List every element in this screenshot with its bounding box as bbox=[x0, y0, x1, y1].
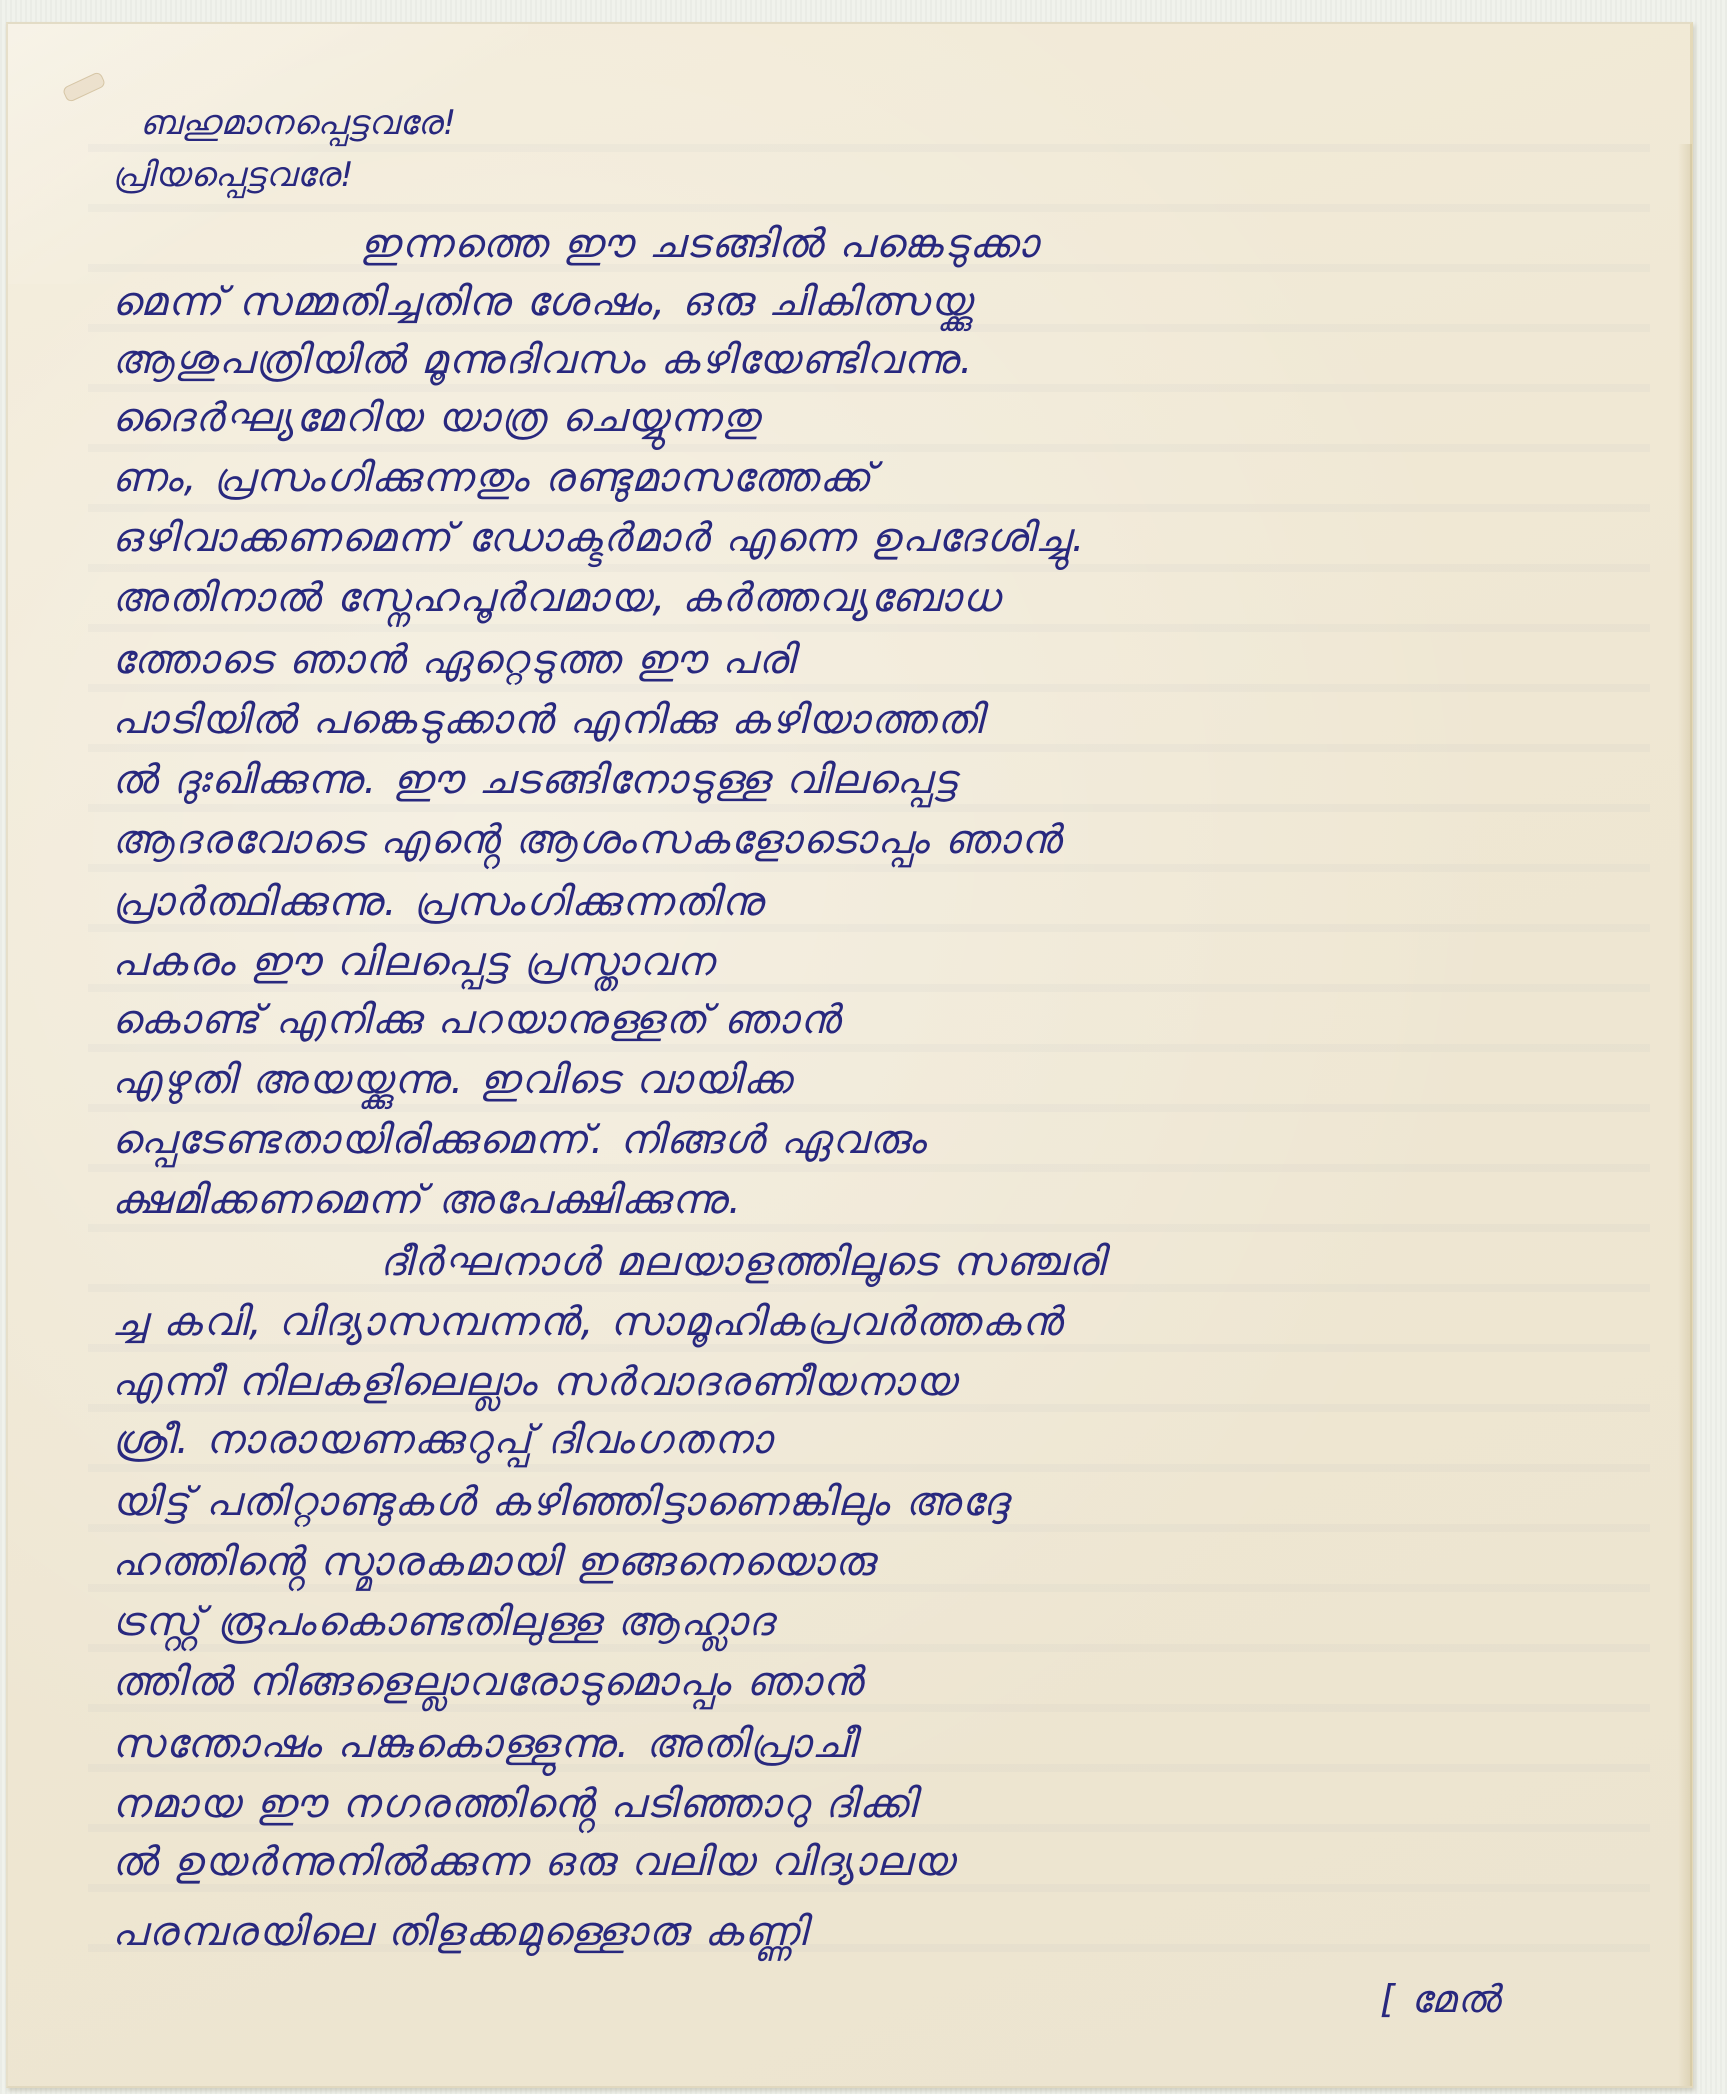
body-line: ദീർഘനാൾ മലയാളത്തിലൂടെ സഞ്ചരി bbox=[380, 1242, 1106, 1282]
body-line: ശ്രീ. നാരായണക്കുറുപ്പ് ദിവംഗതനാ bbox=[112, 1420, 773, 1460]
body-line: ത്തോടെ ഞാൻ ഏറ്റെടുത്ത ഈ പരി bbox=[112, 640, 796, 680]
body-line: യിട്ട് പതിറ്റാണ്ടുകൾ കഴിഞ്ഞിട്ടാണെങ്കിലു… bbox=[112, 1482, 1010, 1522]
body-line: ആദരവോടെ എൻ്റെ ആശംസകളോടൊപ്പം ഞാൻ bbox=[112, 820, 1062, 860]
body-line: നമായ ഈ നഗരത്തിൻ്റെ പടിഞ്ഞാറു ദിക്കി bbox=[112, 1784, 917, 1824]
body-line: ഒഴിവാക്കണമെന്ന് ഡോക്ടർമാർ എന്നെ ഉപദേശിച്… bbox=[112, 518, 1086, 558]
body-line: പാടിയിൽ പങ്കെടുക്കാൻ എനിക്കു കഴിയാത്തതി bbox=[112, 700, 984, 740]
body-line: മെന്ന് സമ്മതിച്ചതിനു ശേഷം, ഒരു ചികിത്സയ്… bbox=[112, 282, 973, 322]
body-line: കൊണ്ട് എനിക്കു പറയാനുള്ളത് ഞാൻ bbox=[112, 1000, 841, 1040]
body-line: ഹത്തിൻ്റെ സ്മാരകമായി ഇങ്ങനെയൊരു bbox=[112, 1542, 876, 1582]
body-line: ച്ച കവി, വിദ്യാസമ്പന്നൻ, സാമൂഹികപ്രവർത്ത… bbox=[112, 1302, 1063, 1342]
body-line: ക്ഷമിക്കണമെന്ന് അപേക്ഷിക്കുന്നു. bbox=[112, 1180, 743, 1220]
body-line: ട്രസ്റ്റ് രൂപംകൊണ്ടതിലുള്ള ആഹ്ലാദ bbox=[112, 1602, 775, 1642]
salutation-line-2: പ്രിയപ്പെട്ടവരേ! bbox=[112, 158, 355, 192]
body-line: സന്തോഷം പങ്കുകൊള്ളുന്നു. അതിപ്രാചീ bbox=[112, 1724, 857, 1764]
body-line: പ്രാർത്ഥിക്കുന്നു. പ്രസംഗിക്കുന്നതിനു bbox=[112, 882, 764, 922]
body-line: പരമ്പരയിലെ തിളക്കമുള്ളൊരു കണ്ണി bbox=[112, 1912, 808, 1952]
body-line: എഴുതി അയയ്ക്കുന്നു. ഇവിടെ വായിക്ക bbox=[112, 1060, 793, 1100]
staple-mark bbox=[62, 71, 107, 103]
body-line: പകരം ഈ വിലപ്പെട്ട പ്രസ്താവന bbox=[112, 942, 715, 982]
body-line: പ്പെടേണ്ടതായിരിക്കുമെന്ന്. നിങ്ങൾ ഏവരും bbox=[112, 1120, 927, 1160]
body-line: ഇന്നത്തെ ഈ ചടങ്ങിൽ പങ്കെടുക്കാ bbox=[360, 224, 1039, 264]
body-line: ണം, പ്രസംഗിക്കുന്നതും രണ്ടുമാസത്തേക്ക് bbox=[112, 458, 873, 498]
letter-page bbox=[6, 22, 1693, 2088]
body-line: ദൈർഘ്യമേറിയ യാത്ര ചെയ്യുന്നതു bbox=[112, 398, 761, 438]
paper-edge bbox=[1678, 144, 1692, 2086]
body-line: എന്നീ നിലകളിലെല്ലാം സർവാദരണീയനായ bbox=[112, 1362, 958, 1402]
salutation-line-1: ബഹുമാനപ്പെട്ടവരേ! bbox=[140, 106, 457, 140]
body-line: ആശുപത്രിയിൽ മൂന്നുദിവസം കഴിയേണ്ടിവന്നു. bbox=[112, 340, 974, 380]
continuation-mark: [ മേൽ bbox=[1380, 1980, 1501, 2018]
body-line: ത്തിൽ നിങ്ങളെല്ലാവരോടുമൊപ്പം ഞാൻ bbox=[112, 1662, 864, 1702]
body-line: അതിനാൽ സ്നേഹപൂർവമായ, കർത്തവ്യബോധ bbox=[112, 578, 1001, 618]
body-line: ൽ ദുഃഖിക്കുന്നു. ഈ ചടങ്ങിനോടുള്ള വിലപ്പെ… bbox=[112, 760, 958, 800]
body-line: ൽ ഉയർന്നുനിൽക്കുന്ന ഒരു വലിയ വിദ്യാലയ bbox=[112, 1842, 956, 1882]
